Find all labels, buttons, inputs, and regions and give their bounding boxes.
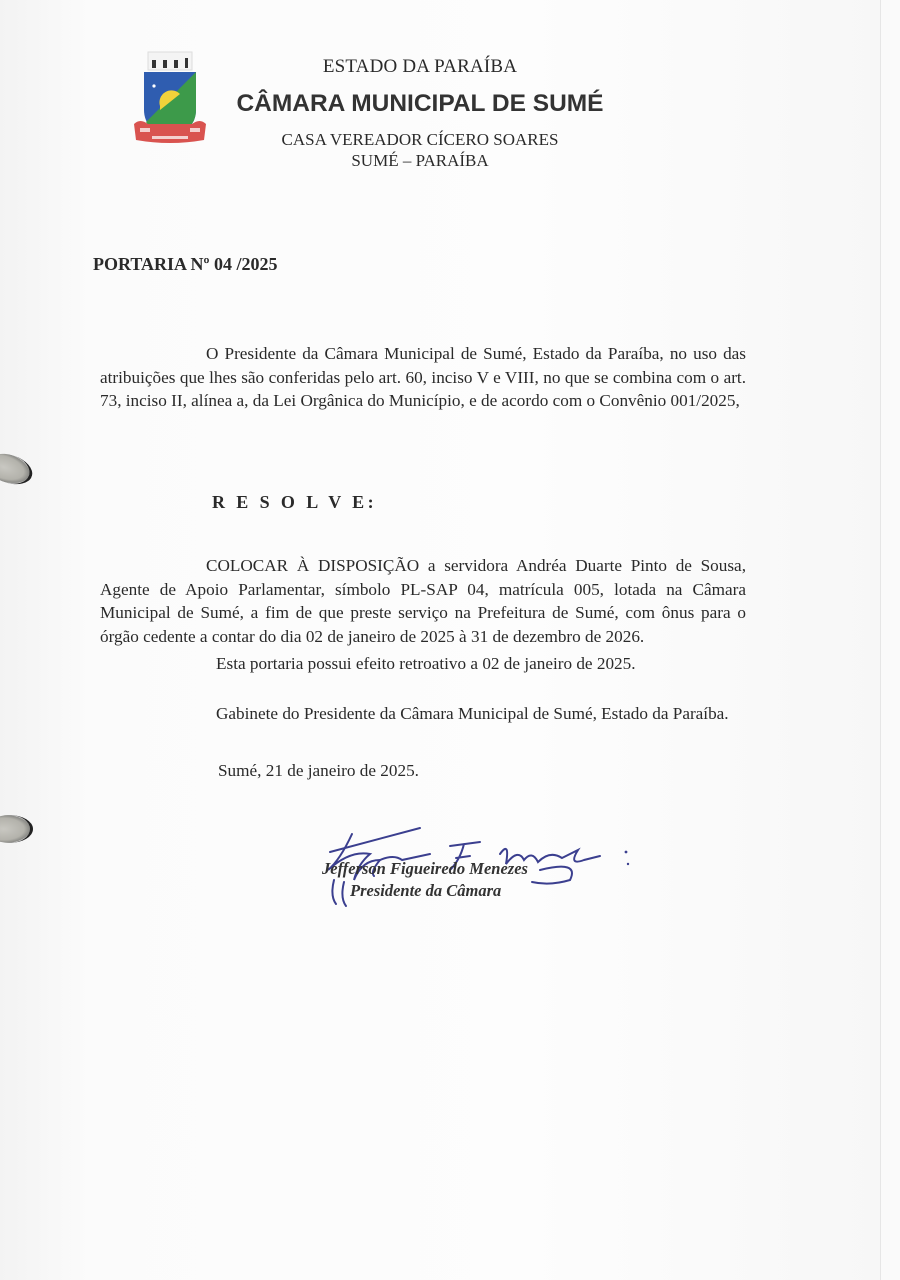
binder-hole-top: [0, 448, 36, 489]
header-institution: CÂMARA MUNICIPAL DE SUMÉ: [230, 90, 610, 118]
header-state: ESTADO DA PARAÍBA: [230, 56, 610, 78]
preamble-text: O Presidente da Câmara Municipal de Sumé…: [100, 344, 746, 410]
decision-paragraph: COLOCAR À DISPOSIÇÃO a servidora Andréa …: [100, 554, 746, 648]
place-date: Sumé, 21 de janeiro de 2025.: [218, 761, 419, 781]
coat-of-arms-icon: [130, 48, 210, 148]
office-text: Gabinete do Presidente da Câmara Municip…: [216, 704, 729, 723]
header-city: SUMÉ – PARAÍBA: [230, 151, 610, 171]
retroactive-paragraph: Esta portaria possui efeito retroativo a…: [216, 654, 636, 674]
paper-edge: [880, 0, 900, 1280]
document-page: ESTADO DA PARAÍBA CÂMARA MUNICIPAL DE SU…: [0, 0, 880, 1280]
binder-hole-bottom: [0, 815, 33, 843]
resolve-heading: R E S O L V E:: [212, 492, 377, 513]
signatory-name: Jefferson Figueiredo Menezes: [322, 859, 528, 879]
signatory-role: Presidente da Câmara: [350, 881, 501, 901]
header-house: CASA VEREADOR CÍCERO SOARES: [230, 130, 610, 150]
preamble-paragraph: O Presidente da Câmara Municipal de Sumé…: [100, 342, 746, 413]
office-paragraph: Gabinete do Presidente da Câmara Municip…: [100, 697, 746, 731]
decision-text: COLOCAR À DISPOSIÇÃO a servidora Andréa …: [100, 556, 746, 646]
document-title: PORTARIA Nº 04 /2025: [93, 254, 277, 275]
